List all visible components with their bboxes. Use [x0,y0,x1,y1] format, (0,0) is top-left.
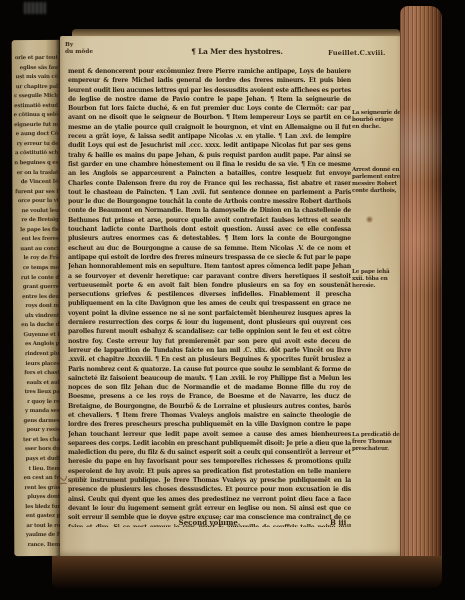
facing-page-text-fragments: orie et par tout eglise sãs fau ust mis … [12,54,61,551]
margin-note-pope-heresy: Le pape iehã xxii. tõba en heresie. [352,269,401,290]
margin-note-arrest: Arrest donné en parlement entre messire … [352,167,401,195]
book-photo: orie et par tout eglise sãs fau ust mis … [0,0,465,600]
recto-page: By du mõde ¶ La Mer des hystoires. Fueil… [60,36,402,557]
running-title-left-line2: du mõde [65,49,93,56]
running-title-left: By du mõde [65,42,93,56]
running-title-left-line1: By [65,42,93,49]
main-text-block: ment & denoncerent pour excõmuniez frere… [68,67,351,527]
gathering-signature: B iii [330,518,346,527]
ink-stain [365,216,374,223]
margin-note-thomas-sermon: La predicatiõ de frere Thomas preschateu… [352,432,401,453]
margin-note-bourbon: La seigneurie de bourbõ erigee en duche. [352,110,401,131]
volume-caption: Second volume. [68,518,351,527]
spine-headband-mark [24,2,46,14]
fore-edge [400,6,442,588]
running-title-center: ¶ La Mer des hystoires. [172,47,302,56]
bottom-page-edges [52,556,442,588]
folio-number: Fueillet.C.xviii. [328,49,385,57]
handwritten-ink-mark [54,471,70,491]
